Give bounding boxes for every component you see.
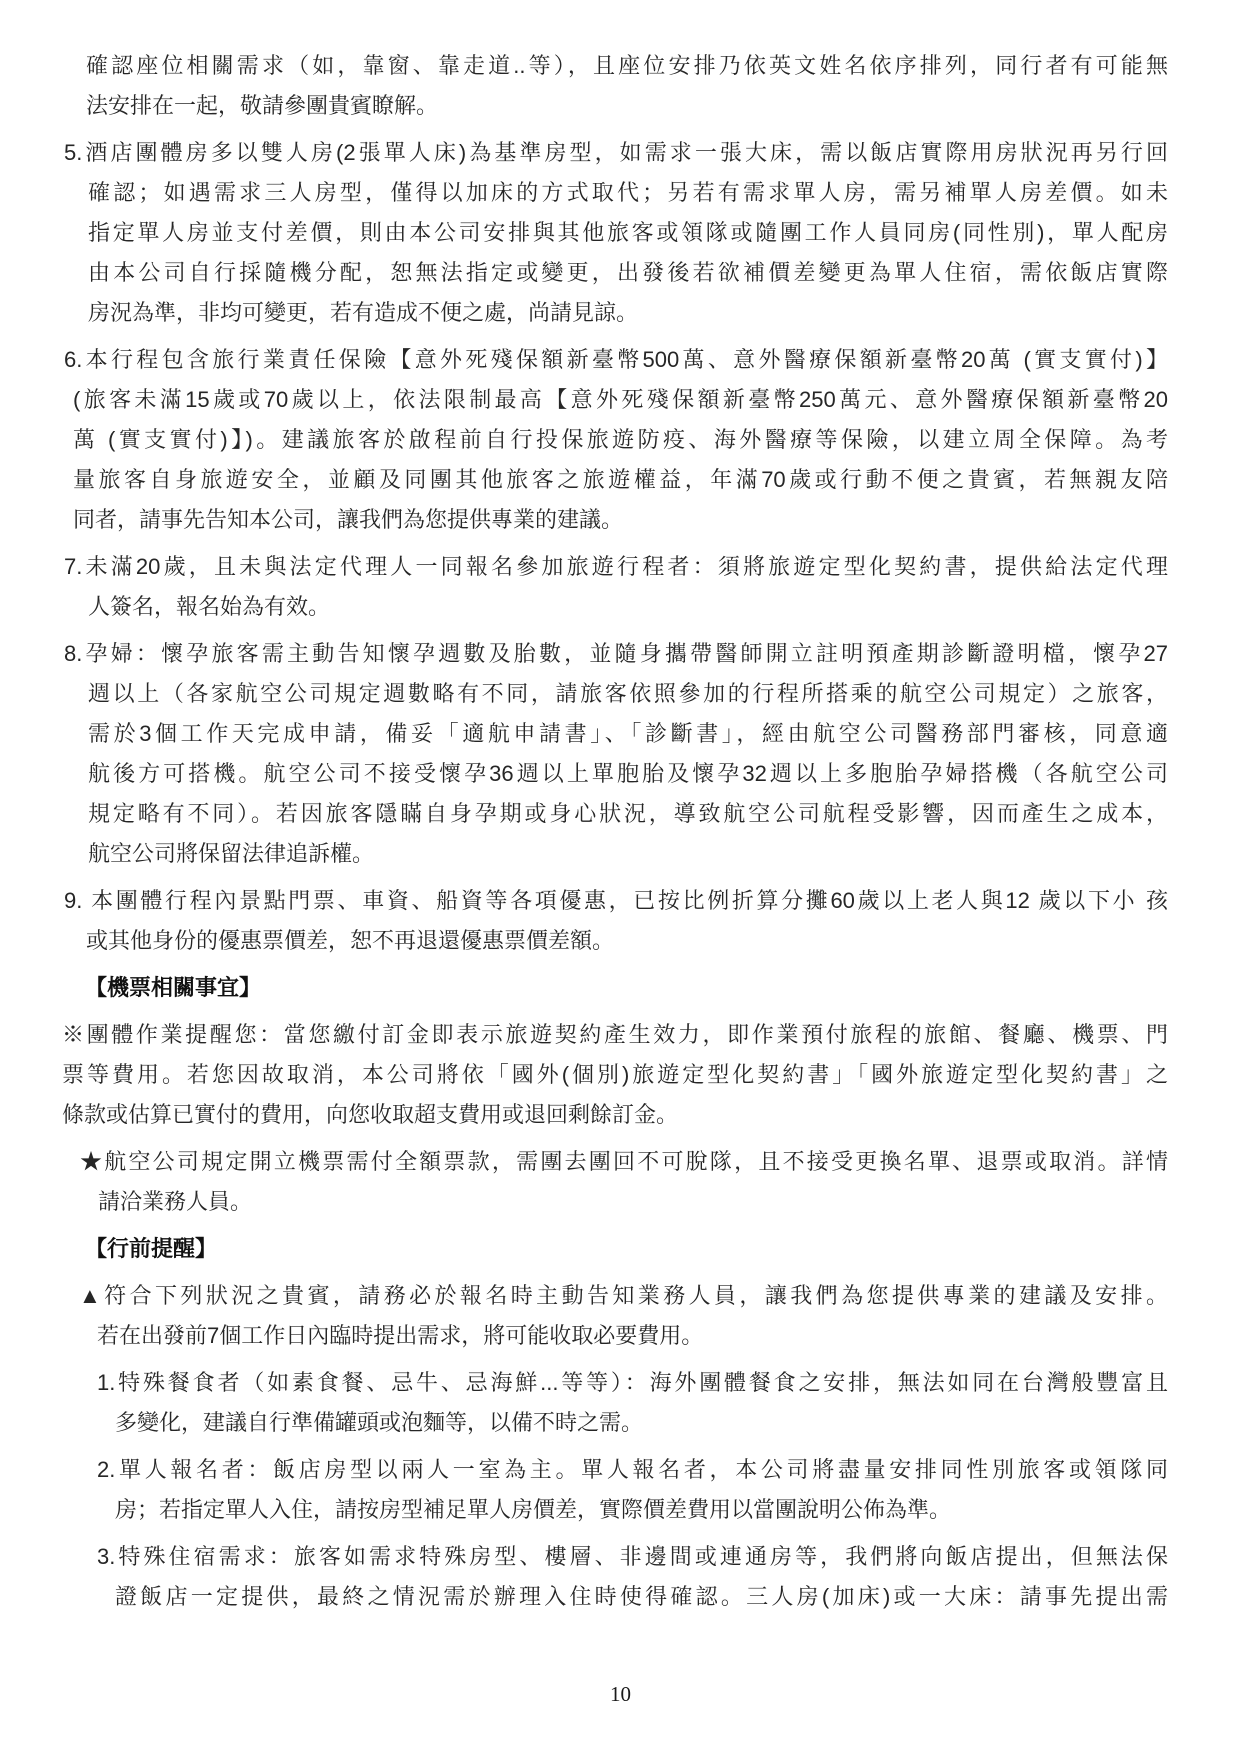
section-heading: 【行前提醒】 [85, 1229, 1168, 1269]
text-line: 航後方可搭機。航空公司不接受懷孕36週以上單胞胎及懷孕32週以上多胞胎孕婦搭機（… [88, 754, 1168, 794]
text-line: 週以上（各家航空公司規定週數略有不同，請旅客依照參加的行程所搭乘的航空公司規定）… [88, 674, 1168, 714]
text-line: 5.酒店團體房多以雙人房(2張單人床)為基準房型，如需求一張大床，需以飯店實際用… [88, 133, 1168, 173]
text-line: 若在出發前7個工作日內臨時提出需求，將可能收取必要費用。 [97, 1316, 1168, 1356]
text-line: 證飯店一定提供，最終之情況需於辦理入住時使得確認。三人房(加床)或一大床：請事先… [115, 1577, 1168, 1617]
text-line: 2.單人報名者：飯店房型以兩人一室為主。單人報名者，本公司將盡量安排同性別旅客或… [115, 1450, 1168, 1490]
text-line: 人簽名，報名始為有效。 [88, 587, 1168, 627]
text-line: 規定略有不同）。若因旅客隱瞞自身孕期或身心狀況，導致航空公司航程受影響，因而產生… [88, 794, 1168, 834]
text-line: (旅客未滿15歲或70歲以上，依法限制最高【意外死殘保額新臺幣250萬元、意外醫… [73, 380, 1168, 420]
paragraph: 8.孕婦：懷孕旅客需主動告知懷孕週數及胎數，並隨身攜帶醫師開立註明預產期診斷證明… [64, 634, 1168, 874]
text-line: 指定單人房並支付差價，則由本公司安排與其他旅客或領隊或隨團工作人員同房(同性別)… [88, 213, 1168, 253]
section-heading: 【機票相關事宜】 [85, 968, 1168, 1008]
text-line: 確認座位相關需求（如，靠窗、靠走道..等），且座位安排乃依英文姓名依序排列，同行… [86, 46, 1168, 86]
text-line: 條款或估算已實付的費用，向您收取超支費用或退回剩餘訂金。 [62, 1095, 1168, 1135]
paragraph: ※團體作業提醒您：當您繳付訂金即表示旅遊契約產生效力，即作業預付旅程的旅館、餐廳… [62, 1015, 1168, 1135]
paragraph: 6.本行程包含旅行業責任保險【意外死殘保額新臺幣500萬、意外醫療保額新臺幣20… [64, 340, 1168, 540]
text-line: 票等費用。若您因故取消，本公司將依「國外(個別)旅遊定型化契約書」「國外旅遊定型… [62, 1055, 1168, 1095]
paragraph: 確認座位相關需求（如，靠窗、靠走道..等），且座位安排乃依英文姓名依序排列，同行… [86, 46, 1168, 126]
text-line: 6.本行程包含旅行業責任保險【意外死殘保額新臺幣500萬、意外醫療保額新臺幣20… [73, 340, 1168, 380]
text-line: 【行前提醒】 [85, 1229, 1168, 1269]
text-line: ★航空公司規定開立機票需付全額票款，需團去團回不可脫隊，且不接受更換名單、退票或… [98, 1142, 1168, 1182]
text-line: 1.特殊餐食者（如素食餐、忌牛、忌海鮮...等等）：海外團體餐食之安排，無法如同… [115, 1363, 1168, 1403]
text-line: 同者，請事先告知本公司，讓我們為您提供專業的建議。 [73, 500, 1168, 540]
text-line: 房；若指定單人入住，請按房型補足單人房價差，實際價差費用以當團說明公佈為準。 [115, 1490, 1168, 1530]
text-line: 航空公司將保留法律追訴權。 [88, 834, 1168, 874]
text-line: 多變化，建議自行準備罐頭或泡麵等，以備不時之需。 [115, 1403, 1168, 1443]
text-line: 法安排在一起，敬請參團貴賓瞭解。 [86, 86, 1168, 126]
page-number: 10 [0, 1682, 1241, 1707]
text-line: 量旅客自身旅遊安全，並顧及同團其他旅客之旅遊權益，年滿70歲或行動不便之貴賓，若… [73, 460, 1168, 500]
text-line: 由本公司自行採隨機分配，恕無法指定或變更，出發後若欲補價差變更為單人住宿，需依飯… [88, 253, 1168, 293]
text-line: 萬 (實支實付)】)。建議旅客於啟程前自行投保旅遊防疫、海外醫療等保險，以建立周… [73, 420, 1168, 460]
text-line: 需於3個工作天完成申請，備妥「適航申請書」、「診斷書」，經由航空公司醫務部門審核… [88, 714, 1168, 754]
paragraph: 3.特殊住宿需求：旅客如需求特殊房型、樓層、非邊間或連通房等，我們將向飯店提出，… [97, 1537, 1168, 1617]
text-line: 房況為準，非均可變更，若有造成不便之處，尚請見諒。 [88, 293, 1168, 333]
text-line: 確認；如遇需求三人房型，僅得以加床的方式取代；另若有需求單人房，需另補單人房差價… [88, 173, 1168, 213]
paragraph: 9. 本團體行程內景點門票、車資、船資等各項優惠，已按比例折算分攤60歲以上老人… [64, 881, 1168, 961]
text-line: ※團體作業提醒您：當您繳付訂金即表示旅遊契約產生效力，即作業預付旅程的旅館、餐廳… [62, 1015, 1168, 1055]
text-line: 或其他身份的優惠票價差，恕不再退還優惠票價差額。 [86, 921, 1168, 961]
text-line: ▲符合下列狀況之貴賓，請務必於報名時主動告知業務人員，讓我們為您提供專業的建議及… [97, 1276, 1168, 1316]
paragraph: ▲符合下列狀況之貴賓，請務必於報名時主動告知業務人員，讓我們為您提供專業的建議及… [79, 1276, 1168, 1356]
text-line: 8.孕婦：懷孕旅客需主動告知懷孕週數及胎數，並隨身攜帶醫師開立註明預產期診斷證明… [88, 634, 1168, 674]
paragraph: 2.單人報名者：飯店房型以兩人一室為主。單人報名者，本公司將盡量安排同性別旅客或… [97, 1450, 1168, 1530]
text-line: 請洽業務人員。 [98, 1182, 1168, 1222]
paragraph: ★航空公司規定開立機票需付全額票款，需團去團回不可脫隊，且不接受更換名單、退票或… [80, 1142, 1168, 1222]
paragraph: 7.未滿20歲，且未與法定代理人一同報名參加旅遊行程者：須將旅遊定型化契約書，提… [64, 547, 1168, 627]
paragraph: 1.特殊餐食者（如素食餐、忌牛、忌海鮮...等等）：海外團體餐食之安排，無法如同… [97, 1363, 1168, 1443]
text-line: 【機票相關事宜】 [85, 968, 1168, 1008]
document-page: { "page": { "number": "10", "background_… [0, 0, 1241, 1755]
document-body: 確認座位相關需求（如，靠窗、靠走道..等），且座位安排乃依英文姓名依序排列，同行… [0, 0, 1241, 1617]
text-line: 7.未滿20歲，且未與法定代理人一同報名參加旅遊行程者：須將旅遊定型化契約書，提… [88, 547, 1168, 587]
text-line: 3.特殊住宿需求：旅客如需求特殊房型、樓層、非邊間或連通房等，我們將向飯店提出，… [115, 1537, 1168, 1577]
text-line: 9. 本團體行程內景點門票、車資、船資等各項優惠，已按比例折算分攤60歲以上老人… [86, 881, 1168, 921]
paragraph: 5.酒店團體房多以雙人房(2張單人床)為基準房型，如需求一張大床，需以飯店實際用… [64, 133, 1168, 333]
